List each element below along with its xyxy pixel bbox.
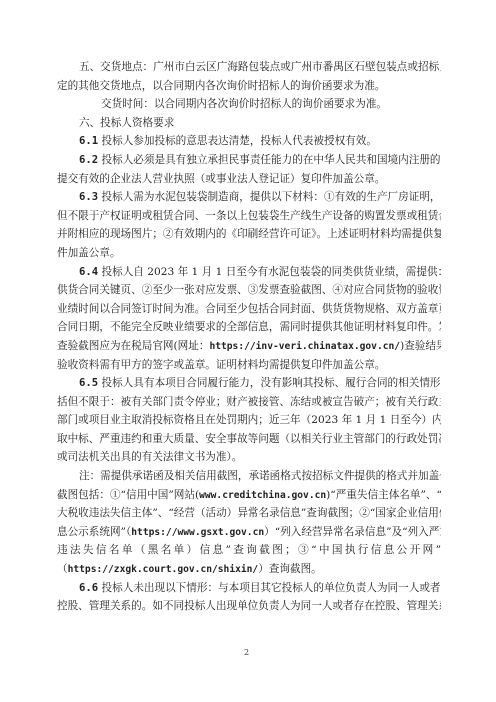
text-line: 合同日期，不能完全反映业绩要求的全部信息，需同时提供其他证明材料复印件。发票	[57, 318, 441, 337]
text-line: 件加盖公章。	[57, 244, 441, 263]
text-line: 6.5 投标人具有本项目合同履行能力，没有影响其投标、履行合同的相关情形，包	[57, 374, 441, 393]
clause-number: 6.6	[79, 582, 98, 594]
text-line: 查验截图应为在税局官网(网址：https://inv-veri.chinatax…	[57, 337, 441, 356]
text-line: 6.6 投标人未出现以下情形：与本项目其它投标人的单位负责人为同一人或者存在	[57, 579, 441, 598]
text-line: 6.3 投标人需为水泥包装袋制造商，提供以下材料：①有效的生产厂房证明，包括	[57, 188, 441, 207]
text-segment: )查验结果截图。	[400, 340, 441, 352]
text-segment: 投标人具有本项目合同履行能力，没有影响其投标、履行合同的相关情形，包	[98, 377, 441, 389]
text-line: 供货合同关键页、②至少一张对应发票、③发票查验截图、④对应合同货物的验收资料。	[57, 281, 441, 300]
text-segment: 查验截图应为在税局官网(网址：	[57, 340, 209, 352]
text-segment: 截图包括：①“信用中国”网站(	[57, 489, 199, 501]
url-link[interactable]: www.creditchina.gov.cn	[199, 490, 326, 501]
text-line: 括但不限于：被有关部门责令停业；财产被接管、冻结或被宣告破产；被有关行政主管	[57, 393, 441, 412]
text-segment: 六、投标人资格要求	[79, 117, 174, 129]
text-segment: 件加盖公章。	[57, 247, 121, 259]
text-segment: 投标人自 2023 年 1 月 1 日至今有水泥包装袋的同类供货业绩，需提供：①	[98, 266, 441, 278]
text-segment: 五、交货地点：广州市白云区广海路包装点或广州市番禺区石壁包装点或招标人指	[79, 61, 441, 73]
text-segment: 部门或项目业主取消投标资格且在处罚期内；近三年（2023 年 1 月 1 日至今…	[57, 414, 441, 426]
text-segment: 投标人参加投标的意思表达清楚，投标人代表被授权有效。	[98, 135, 377, 147]
text-line: 注：需提供承诺函及相关信用截图，承诺函格式按招标文件提供的格式并加盖公章，	[57, 467, 441, 486]
text-segment: 括但不限于：被有关部门责令停业；财产被接管、冻结或被宣告破产；被有关行政主管	[57, 396, 441, 408]
text-segment: 验收资料需有甲方的签字或盖章。证明材料均需提供复印件加盖公章。	[57, 359, 385, 371]
url-link[interactable]: https://www.gsxt.gov.cn	[131, 527, 264, 538]
clause-number: 6.4	[79, 266, 98, 278]
page-number: 2	[244, 648, 249, 657]
text-line: 控股、管理关系的。如不同投标人出现单位负责人为同一人或者存在控股、管理关系的	[57, 597, 441, 616]
text-segment: 投标人必须是具有独立承担民事责任能力的在中华人民共和国境内注册的法人。	[98, 154, 441, 166]
text-segment: 控股、管理关系的。如不同投标人出现单位负责人为同一人或者存在控股、管理关系的	[57, 600, 441, 612]
text-line: 并附相应的现场图片；②有效期内的《印刷经营许可证》。上述证明材料均需提供复印	[57, 225, 441, 244]
text-line: 截图包括：①“信用中国”网站(www.creditchina.gov.cn)“严…	[57, 486, 441, 505]
text-segment: 投标人未出现以下情形：与本项目其它投标人的单位负责人为同一人或者存在	[98, 582, 441, 594]
text-segment: ）“列入经营异常名录信息”及“列入严重	[264, 526, 441, 538]
document-page: 五、交货地点：广州市白云区广海路包装点或广州市番禺区石壁包装点或招标人指定的其他…	[57, 58, 441, 616]
text-segment: 违法失信名单（黑名单）信息”查询截图；③“中国执行信息公开网”	[57, 544, 441, 556]
clause-number: 6.5	[79, 377, 98, 389]
text-segment: 大税收违法失信主体”、“经营（活动）异常名录信息”查询截图；②“国家企业信用信	[57, 507, 441, 519]
text-line: 息公示系统网”（https://www.gsxt.gov.cn）“列入经营异常名…	[57, 523, 441, 542]
text-segment: 业绩时间以合同签订时间为准。合同至少包括合同封面、供货货物规格、双方盖章页、	[57, 303, 441, 315]
text-segment: )“严重失信主体名单”、“重	[326, 489, 441, 501]
text-segment: 或司法机关出具的有关法律文书为准）。	[57, 451, 242, 463]
text-line: （https://zxgk.court.gov.cn/shixin/）查询截图。	[57, 560, 441, 579]
clause-number: 6.1	[79, 135, 98, 147]
text-line: 交货时间：以合同期内各次询价时招标人的询价函要求为准。	[57, 95, 441, 114]
text-line: 大税收违法失信主体”、“经营（活动）异常名录信息”查询截图；②“国家企业信用信	[57, 504, 441, 523]
text-segment: 取中标、严重违约和重大质量、安全事故等问题（以相关行业主管部门的行政处罚决定	[57, 433, 441, 445]
clause-number: 6.3	[79, 191, 98, 203]
text-segment: 注：需提供承诺函及相关信用截图，承诺函格式按招标文件提供的格式并加盖公章，	[79, 470, 441, 482]
text-line: 提交有效的企业法人营业执照（或事业法人登记证）复印件加盖公章。	[57, 170, 441, 189]
url-link[interactable]: https://zxgk.court.gov.cn/shixin/	[68, 564, 259, 575]
text-line: 业绩时间以合同签订时间为准。合同至少包括合同封面、供货货物规格、双方盖章页、	[57, 300, 441, 319]
text-line: 五、交货地点：广州市白云区广海路包装点或广州市番禺区石壁包装点或招标人指	[57, 58, 441, 77]
text-line: 或司法机关出具的有关法律文书为准）。	[57, 448, 441, 467]
text-line: 定的其他交货地点，以合同期内各次询价时招标人的询价函要求为准。	[57, 77, 441, 96]
text-segment: 并附相应的现场图片；②有效期内的《印刷经营许可证》。上述证明材料均需提供复印	[57, 228, 441, 240]
text-line: 但不限于产权证明或租赁合同、一条以上包装袋生产线生产设备的购置发票或租赁合同，	[57, 207, 441, 226]
text-line: 违法失信名单（黑名单）信息”查询截图；③“中国执行信息公开网”	[57, 541, 441, 560]
text-line: 6.2 投标人必须是具有独立承担民事责任能力的在中华人民共和国境内注册的法人。	[57, 151, 441, 170]
text-line: 取中标、严重违约和重大质量、安全事故等问题（以相关行业主管部门的行政处罚决定	[57, 430, 441, 449]
clause-number: 6.2	[79, 154, 98, 166]
text-line: 6.1 投标人参加投标的意思表达清楚，投标人代表被授权有效。	[57, 132, 441, 151]
text-segment: 息公示系统网”（	[57, 526, 131, 538]
text-line: 六、投标人资格要求	[57, 114, 441, 133]
text-segment: 定的其他交货地点，以合同期内各次询价时招标人的询价函要求为准。	[57, 80, 385, 92]
text-line: 验收资料需有甲方的签字或盖章。证明材料均需提供复印件加盖公章。	[57, 356, 441, 375]
text-segment: 合同日期，不能完全反映业绩要求的全部信息，需同时提供其他证明材料复印件。发票	[57, 321, 441, 333]
text-segment: ）查询截图。	[258, 563, 322, 575]
text-segment: （	[57, 563, 68, 575]
text-line: 部门或项目业主取消投标资格且在处罚期内；近三年（2023 年 1 月 1 日至今…	[57, 411, 441, 430]
url-link[interactable]: https://inv-veri.chinatax.gov.cn/	[209, 341, 400, 352]
text-segment: 供货合同关键页、②至少一张对应发票、③发票查验截图、④对应合同货物的验收资料。	[57, 284, 441, 296]
text-segment: 提交有效的企业法人营业执照（或事业法人登记证）复印件加盖公章。	[57, 173, 385, 185]
text-line: 6.4 投标人自 2023 年 1 月 1 日至今有水泥包装袋的同类供货业绩，需…	[57, 263, 441, 282]
text-segment: 交货时间：以合同期内各次询价时招标人的询价函要求为准。	[101, 98, 387, 110]
text-segment: 但不限于产权证明或租赁合同、一条以上包装袋生产线生产设备的购置发票或租赁合同，	[57, 210, 441, 222]
text-segment: 投标人需为水泥包装袋制造商，提供以下材料：①有效的生产厂房证明，包括	[98, 191, 441, 203]
